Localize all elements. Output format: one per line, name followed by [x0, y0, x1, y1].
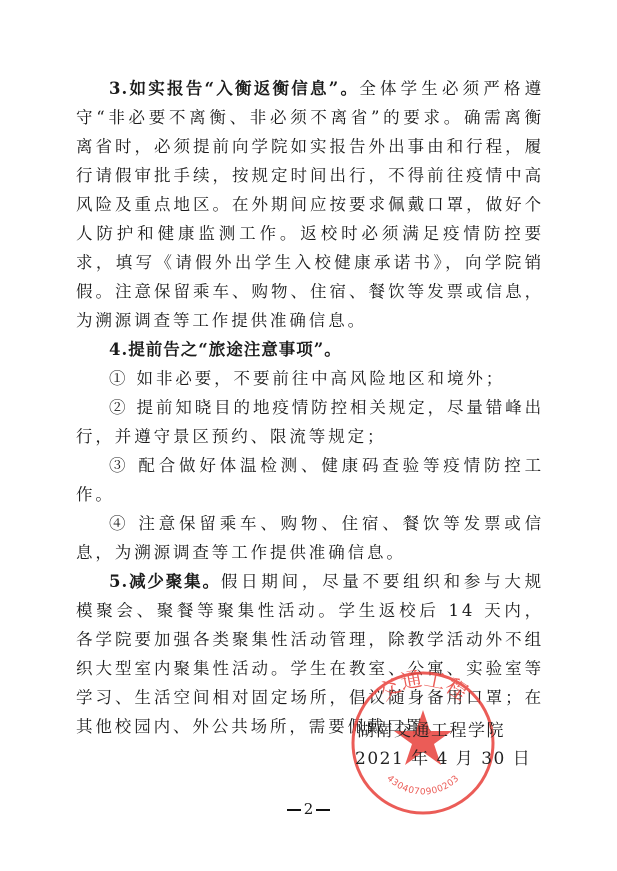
document-page: 3.如实报告“入衡返衡信息”。全体学生必须严格遵守“非必要不离衡、非必须不离省”… [0, 0, 617, 871]
dash-right [316, 809, 330, 811]
signature-org: 湖南交通工程学院 [357, 716, 505, 741]
section-5-heading: 5.减少聚集。 [109, 572, 221, 591]
section-4-item-3: ③ 配合做好体温检测、健康码查验等疫情防控工作。 [76, 451, 544, 509]
page-number: 2 [0, 800, 617, 818]
section-3-text: 全体学生必须严格遵守“非必要不离衡、非必须不离省”的要求。确需离衡离省时，必须提… [76, 79, 544, 330]
seal-top-text: 交通工程 [374, 670, 472, 705]
section-4-heading: 4.提前告之“旅途注意事项”。 [109, 340, 342, 359]
signature-date: 2021 年 4 月 30 日 [355, 744, 531, 769]
section-3-heading: 3.如实报告“入衡返衡信息”。 [109, 79, 359, 98]
section-4-item-2: ② 提前知晓目的地疫情防控相关规定，尽量错峰出行，并遵守景区预约、限流等规定； [76, 393, 544, 451]
seal-code: 4304070900203 [385, 774, 462, 798]
section-4-item-1: ① 如非必要，不要前往中高风险地区和境外； [76, 364, 544, 393]
section-3: 3.如实报告“入衡返衡信息”。全体学生必须严格遵守“非必要不离衡、非必须不离省”… [76, 74, 544, 335]
official-seal-icon: 交通工程 4304070900203 [350, 670, 496, 816]
section-4-item-4: ④ 注意保留乘车、购物、住宿、餐饮等发票或信息，为溯源调查等工作提供准确信息。 [76, 509, 544, 567]
section-4: 4.提前告之“旅途注意事项”。 [76, 335, 544, 364]
dash-left [287, 809, 301, 811]
document-body: 3.如实报告“入衡返衡信息”。全体学生必须严格遵守“非必要不离衡、非必须不离省”… [76, 74, 544, 741]
page-number-value: 2 [304, 800, 314, 818]
